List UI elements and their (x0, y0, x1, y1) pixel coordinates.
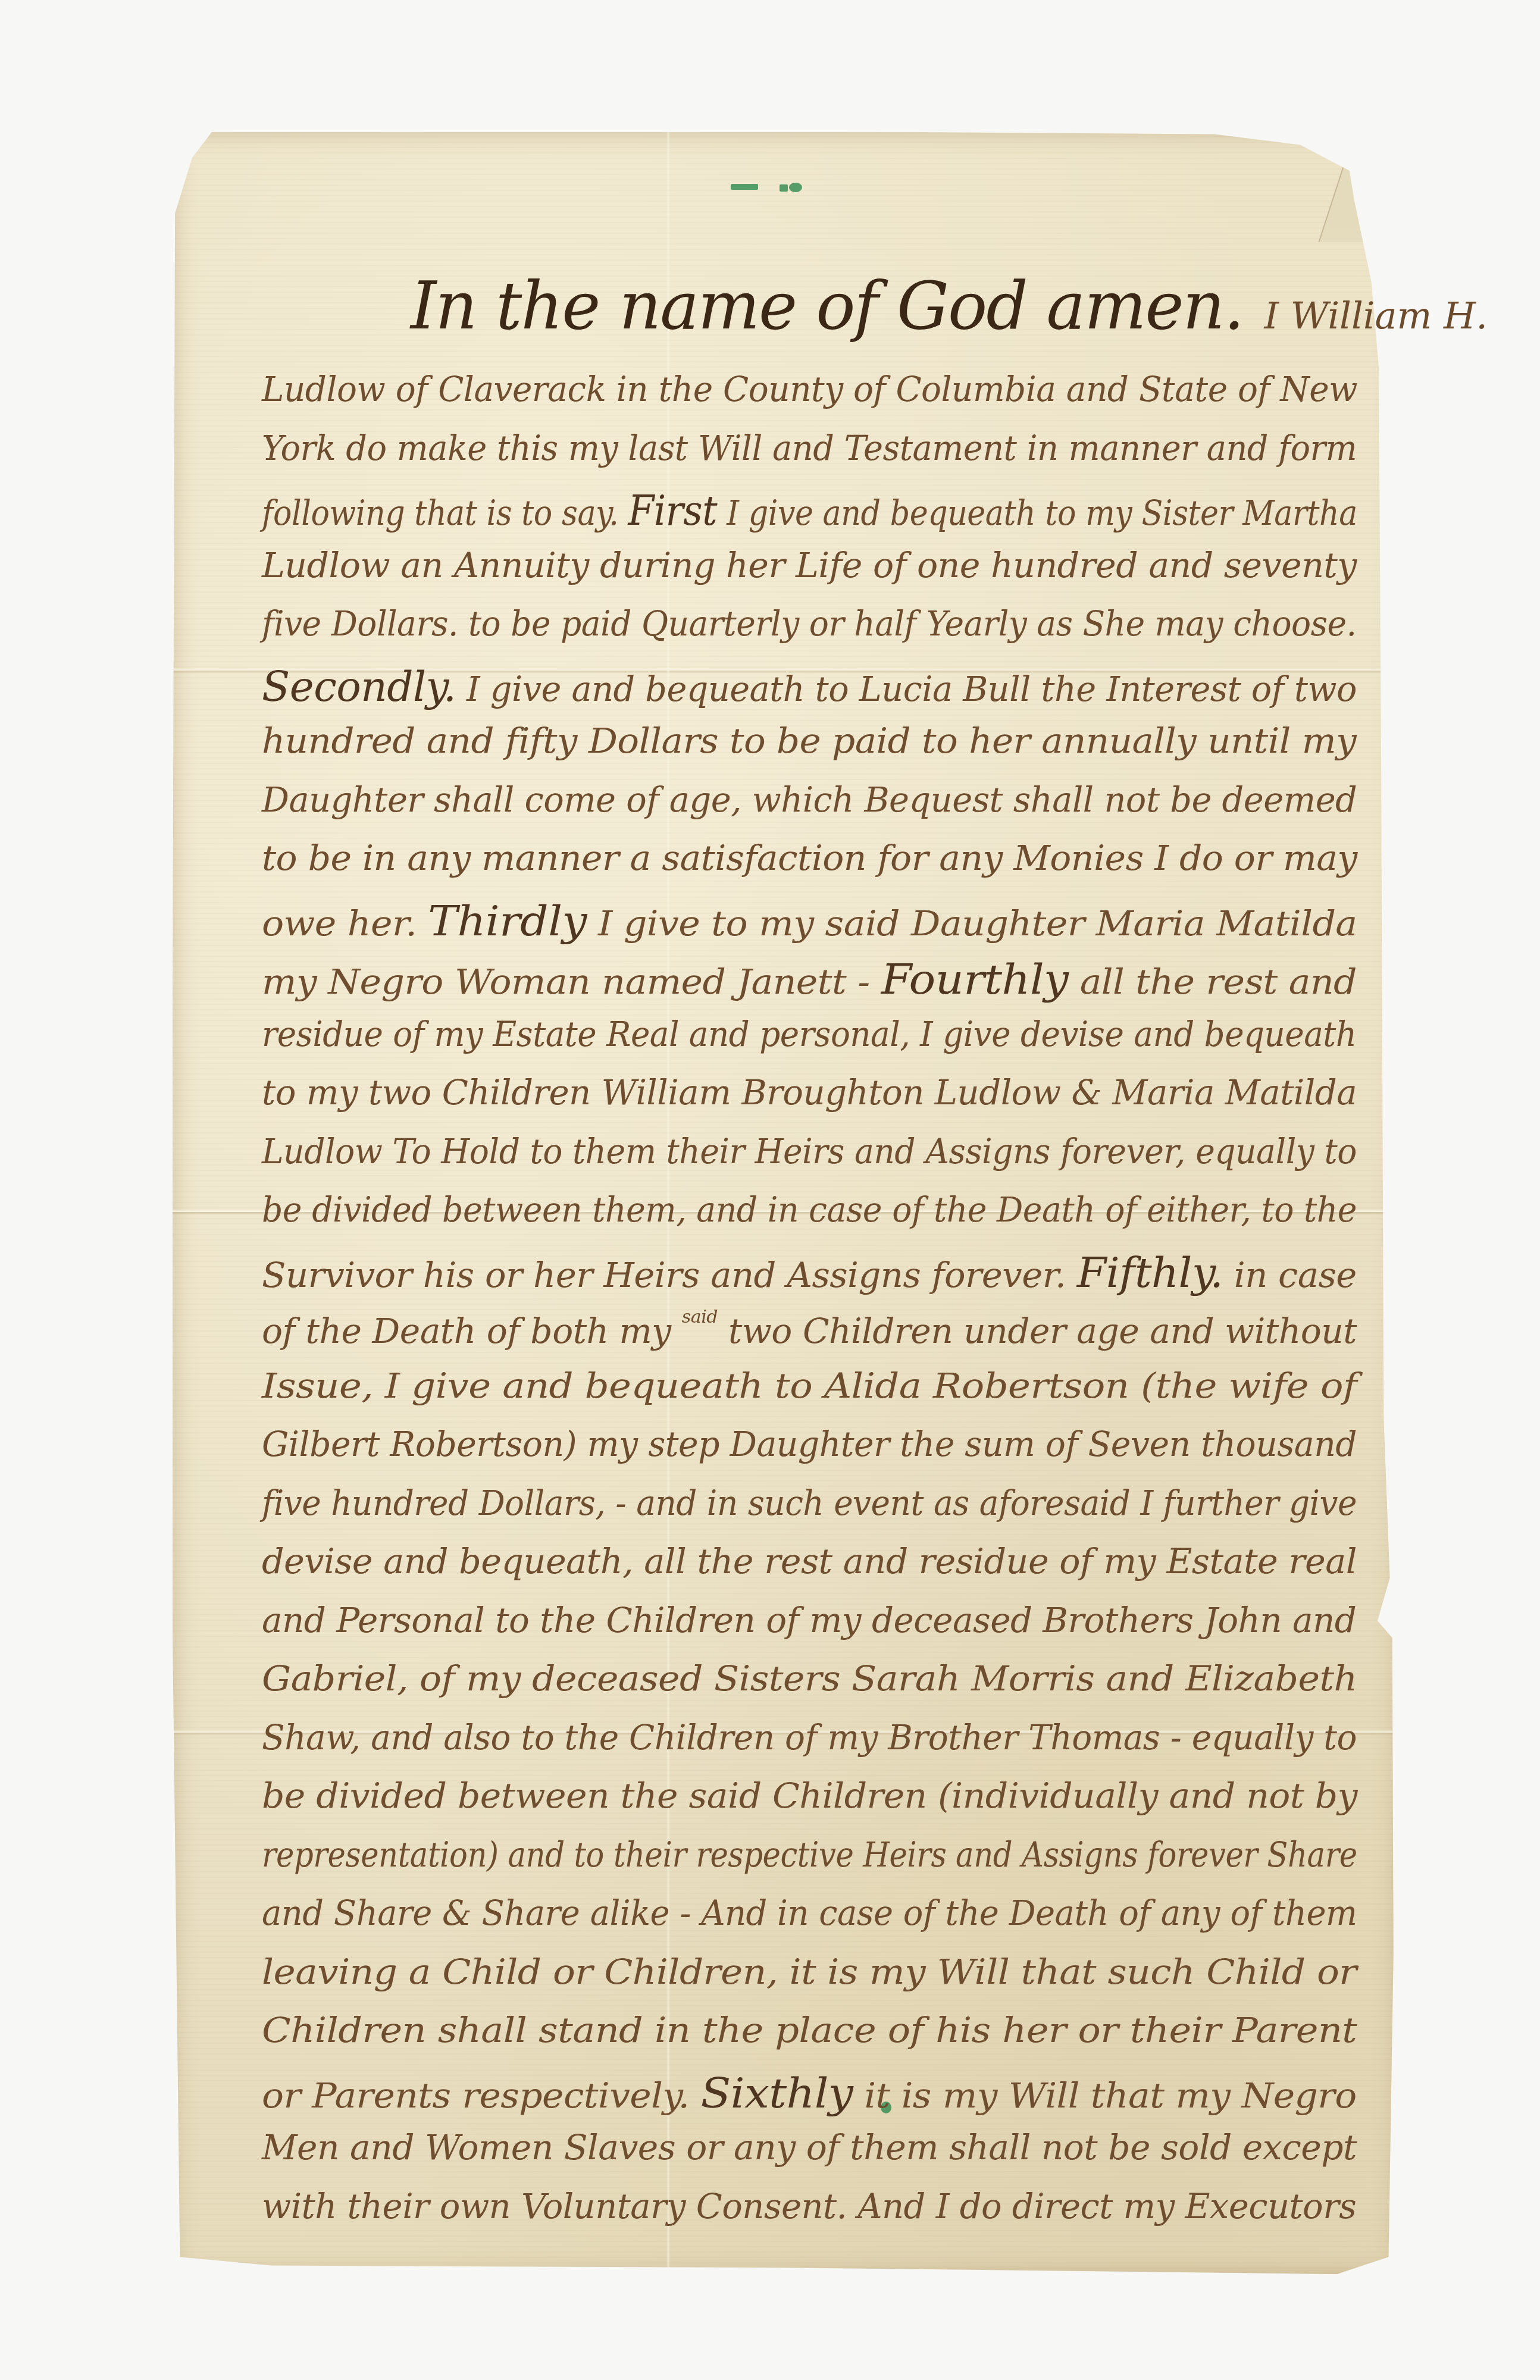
line-text: Ludlow of Claverack in the County of Col… (262, 369, 1357, 409)
manuscript-line: of the Death of both my said two Childre… (262, 1307, 1357, 1351)
line-text: Children shall stand in the place of his… (262, 2010, 1357, 2050)
manuscript-line: owe her. Thirdly I give to my said Daugh… (262, 897, 1357, 945)
line-text: five Dollars. to be paid Quarterly or ha… (262, 603, 1357, 644)
manuscript-line: hundred and fifty Dollars to be paid to … (262, 721, 1356, 761)
line-text: my Negro Woman named Janett - (262, 962, 881, 1002)
line-text: Ludlow To Hold to them their Heirs and A… (262, 1131, 1357, 1172)
line-text: Survivor his or her Heirs and Assigns fo… (262, 1255, 1077, 1295)
line-text: Gilbert Robertson) my step Daughter the … (262, 1424, 1357, 1464)
manuscript-line: to be in any manner a satisfaction for a… (262, 838, 1357, 878)
manuscript-line: with their own Voluntary Consent. And I … (262, 2186, 1356, 2226)
clause-heading: Thirdly (428, 897, 587, 945)
line-text: with their own Voluntary Consent. And I … (262, 2186, 1356, 2226)
manuscript-line: be divided between them, and in case of … (262, 1189, 1357, 1230)
clause-heading: Secondly. (262, 662, 456, 711)
line-text: residue of my Estate Real and personal, … (262, 1014, 1357, 1054)
line-text: Daughter shall come of age, which Beques… (262, 779, 1357, 820)
line-text: or Parents respectively. (262, 2075, 700, 2116)
line-text: to be in any manner a satisfaction for a… (262, 838, 1357, 878)
line-text: devise and bequeath, all the rest and re… (262, 1541, 1357, 1582)
line-text: and Personal to the Children of my decea… (262, 1600, 1356, 1640)
line-text: to my two Children William Broughton Lud… (262, 1072, 1357, 1113)
line-text: be divided between them, and in case of … (262, 1189, 1357, 1230)
line-text: it is my Will that my Negro (853, 2075, 1356, 2116)
manuscript-line: Shaw, and also to the Children of my Bro… (262, 1717, 1357, 1758)
clause-heading: First (628, 486, 718, 535)
manuscript-line: Men and Women Slaves or any of them shal… (262, 2127, 1357, 2168)
line-text: and Share & Share alike - And in case of… (262, 1893, 1357, 1933)
line-text: York do make this my last Will and Testa… (262, 428, 1357, 468)
green-ink-mark (780, 184, 788, 192)
interlinear-insertion: said (682, 1307, 718, 1327)
manuscript-line: Ludlow an Annuity during her Life of one… (262, 545, 1357, 585)
line-text: I give to my said Daughter Maria Matilda (587, 903, 1357, 944)
manuscript-line: my Negro Woman named Janett - Fourthly a… (262, 955, 1357, 1004)
line-text: Issue, I give and bequeath to Alida Robe… (262, 1366, 1357, 1406)
manuscript-line: Ludlow To Hold to them their Heirs and A… (262, 1131, 1357, 1172)
manuscript-line: devise and bequeath, all the rest and re… (262, 1541, 1357, 1582)
opening-line: In the name of God amen. I William H. (411, 268, 1488, 344)
invocation: In the name of God amen. (411, 268, 1243, 344)
line-text: leaving a Child or Children, it is my Wi… (262, 1952, 1357, 1992)
line-text: hundred and fifty Dollars to be paid to … (262, 721, 1356, 761)
line-text: I give and bequeath to my Sister Martha (717, 493, 1357, 533)
clause-heading: Sixthly (700, 2069, 853, 2118)
line-text: Men and Women Slaves or any of them shal… (262, 2127, 1357, 2168)
line-text: all the rest and (1069, 962, 1357, 1002)
clause-heading: Fourthly (881, 955, 1069, 1004)
manuscript-line: Gabriel, of my deceased Sisters Sarah Mo… (262, 1658, 1357, 1699)
manuscript-line: Gilbert Robertson) my step Daughter the … (262, 1424, 1357, 1464)
manuscript-line: Ludlow of Claverack in the County of Col… (262, 369, 1357, 409)
manuscript-line: five Dollars. to be paid Quarterly or ha… (262, 603, 1357, 644)
manuscript-line: Secondly. I give and bequeath to Lucia B… (262, 662, 1357, 711)
manuscript-line: following that is to say. First I give a… (262, 486, 1357, 535)
testator-name-start: I William H. (1264, 294, 1487, 337)
line-text: owe her. (262, 903, 428, 944)
line-text: Ludlow an Annuity during her Life of one… (262, 545, 1357, 585)
line-text: Gabriel, of my deceased Sisters Sarah Mo… (262, 1658, 1357, 1699)
manuscript-line: residue of my Estate Real and personal, … (262, 1014, 1357, 1054)
manuscript-line: Children shall stand in the place of his… (262, 2010, 1357, 2050)
manuscript-line: leaving a Child or Children, it is my Wi… (262, 1952, 1357, 1992)
manuscript-line: or Parents respectively. Sixthly it is m… (262, 2069, 1357, 2118)
line-text: two Children under age and without (718, 1311, 1357, 1351)
manuscript-line: Survivor his or her Heirs and Assigns fo… (262, 1248, 1357, 1297)
manuscript-line: Issue, I give and bequeath to Alida Robe… (262, 1366, 1357, 1406)
manuscript-line: and Share & Share alike - And in case of… (262, 1893, 1357, 1933)
line-text: representation) and to their respective … (262, 1834, 1357, 1875)
manuscript-line: five hundred Dollars, - and in such even… (262, 1483, 1357, 1523)
manuscript-line: to my two Children William Broughton Lud… (262, 1072, 1357, 1113)
line-text: in case (1223, 1255, 1356, 1295)
manuscript-line: and Personal to the Children of my decea… (262, 1600, 1356, 1640)
manuscript-line: be divided between the said Children (in… (262, 1775, 1357, 1816)
manuscript-line: York do make this my last Will and Testa… (262, 428, 1357, 468)
line-text: of the Death of both my (262, 1311, 682, 1351)
line-text: be divided between the said Children (in… (262, 1775, 1357, 1816)
green-ink-mark (789, 183, 802, 192)
line-text: following that is to say. (262, 493, 628, 533)
manuscript-line: Daughter shall come of age, which Beques… (262, 779, 1357, 820)
manuscript-line: representation) and to their respective … (262, 1834, 1357, 1875)
line-text: five hundred Dollars, - and in such even… (262, 1483, 1357, 1523)
line-text: Shaw, and also to the Children of my Bro… (262, 1717, 1357, 1758)
line-text: I give and bequeath to Lucia Bull the In… (456, 669, 1357, 709)
clause-heading: Fifthly. (1077, 1248, 1223, 1297)
green-ink-mark (731, 184, 758, 190)
